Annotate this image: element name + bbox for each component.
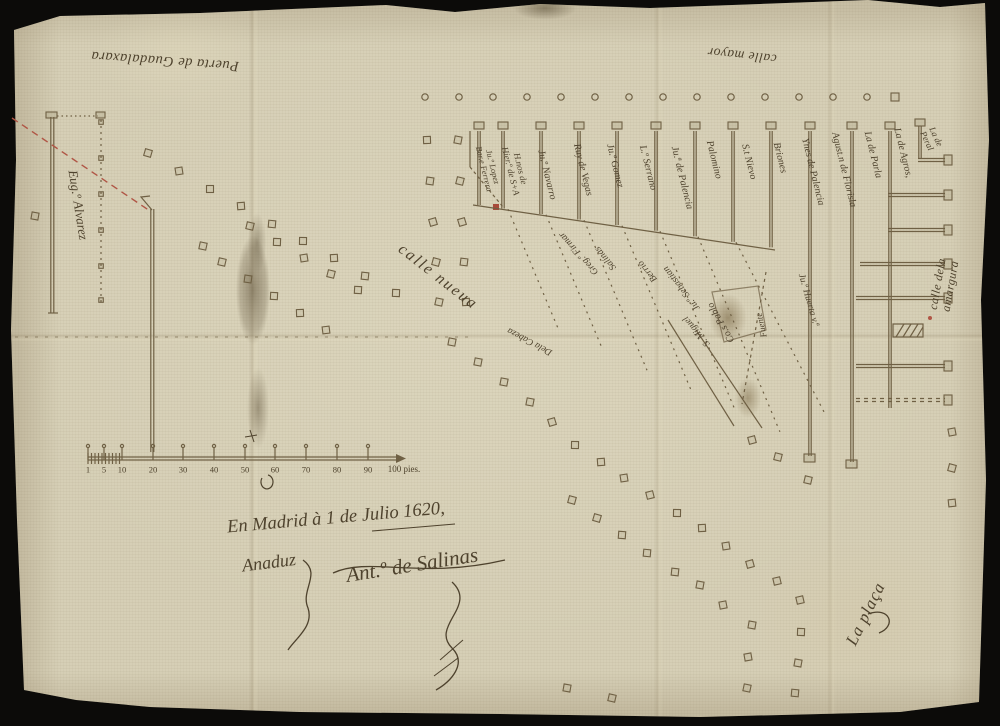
boundary-bead (99, 298, 104, 303)
post-marker-square (698, 524, 705, 531)
post-marker-square (526, 398, 534, 406)
scale-tick-label: 90 (364, 465, 373, 474)
post-marker-square (423, 136, 430, 143)
lot-cap (690, 122, 700, 129)
post-marker-square (246, 222, 254, 230)
lot-cap (728, 122, 738, 129)
post-marker-square (458, 218, 467, 227)
ink-flourishes (245, 430, 889, 690)
post-marker-square (327, 270, 335, 278)
scale-tick-flag (212, 444, 215, 447)
bar-cap (944, 361, 952, 371)
post-circle (558, 94, 564, 100)
post-marker-square (794, 659, 802, 667)
post-marker-square (144, 149, 153, 158)
post-marker-square (454, 136, 462, 144)
post-marker-square (948, 499, 956, 507)
post-marker-square (791, 689, 799, 697)
post-marker-square (237, 202, 244, 209)
post-circle (660, 94, 666, 100)
scale-tick-flag (366, 444, 369, 447)
boundary-bead (99, 264, 104, 269)
post-circle (592, 94, 598, 100)
post-marker-square (796, 596, 804, 604)
post-marker-square (392, 289, 399, 296)
scale-tick-label: 70 (302, 465, 311, 474)
scale-end-label: 100 pies. (388, 465, 421, 475)
post-marker-square (500, 378, 508, 386)
post-marker-square (571, 441, 578, 448)
post-marker-square (207, 186, 214, 193)
post-marker-square (429, 218, 438, 227)
scale-tick-flag (86, 444, 89, 447)
post-marker-square (620, 474, 628, 482)
post-marker-square (299, 237, 306, 244)
map-drawing (0, 0, 1000, 726)
lot-cap (766, 122, 776, 129)
scale-tick-flag (304, 444, 307, 447)
post-marker-square (722, 542, 730, 550)
post-circle (456, 94, 462, 100)
bar-cap (944, 395, 952, 405)
post-circle (830, 94, 836, 100)
scale-tick-label: 60 (271, 465, 280, 474)
post-marker-square (646, 491, 654, 499)
lot-cap (651, 122, 661, 129)
scale-tick-flag (102, 444, 105, 447)
post-marker-square (568, 496, 577, 505)
post-marker-square (671, 568, 679, 576)
scale-tick-label: 20 (149, 465, 158, 474)
strip-dashed-line (622, 226, 691, 391)
post-marker-square (797, 628, 804, 635)
post-marker-square (746, 560, 755, 569)
post-marker-square (354, 286, 361, 293)
lot-cap (536, 122, 546, 129)
scale-arrow (396, 454, 406, 463)
scale-tick-label: 50 (241, 465, 250, 474)
scale-tick-flag (273, 444, 276, 447)
scale-tick-flag (335, 444, 338, 447)
post-marker-square (268, 220, 276, 228)
wall-foot (804, 454, 815, 462)
post-marker-square (696, 581, 704, 589)
post-marker-square (199, 242, 207, 250)
manuscript-map: Puerta de Guadalaxara calle mayor Eug.º … (0, 0, 1000, 726)
post-marker-square (804, 476, 812, 484)
post-marker-square (773, 577, 781, 585)
lot-cap (847, 122, 857, 129)
post-marker-square (175, 167, 183, 175)
left-wall-2 (141, 196, 154, 452)
post-marker-square (748, 621, 756, 629)
scale-tick-label: 1 (86, 465, 90, 474)
lot-cap (612, 122, 622, 129)
scale-tick-flag (243, 444, 246, 447)
post-circle (762, 94, 768, 100)
post-square (891, 93, 899, 101)
post-marker-square (548, 418, 557, 427)
post-marker-square (597, 458, 604, 465)
lot-cap (574, 122, 584, 129)
boundary-bead (99, 120, 104, 125)
post-marker-square (460, 258, 468, 266)
post-marker-square (774, 453, 782, 461)
post-marker-square (456, 177, 464, 185)
post-marker-square (743, 684, 751, 692)
scale-tick-label: 40 (210, 465, 219, 474)
post-marker-square (273, 238, 280, 245)
post-marker-square (593, 514, 602, 523)
post-circle (490, 94, 496, 100)
post-circle (524, 94, 530, 100)
fuente-dashed-line (742, 272, 766, 404)
post-marker-square (748, 436, 757, 445)
post-marker-square (948, 428, 956, 436)
post-marker-square (322, 326, 330, 334)
post-marker-square (744, 653, 752, 661)
post-marker-square (31, 212, 39, 220)
post-marker-square (300, 254, 308, 262)
post-marker-square (474, 358, 482, 366)
scale-tick-flag (181, 444, 184, 447)
wall-foot (846, 460, 857, 468)
scale-tick-label: 80 (333, 465, 342, 474)
post-marker-square (218, 258, 226, 266)
post-marker-square (361, 272, 369, 280)
lot-cap (498, 122, 508, 129)
post-marker-square (643, 549, 651, 557)
solid-strip (668, 320, 762, 428)
post-marker-square (618, 531, 625, 538)
lot-cap (474, 122, 484, 129)
post-marker-square (296, 309, 303, 316)
post-marker-square (435, 298, 443, 306)
strip-dashed-line (546, 215, 603, 350)
lot-cap (915, 119, 925, 126)
post-marker-square (448, 338, 456, 346)
scale-tick-label: 5 (102, 465, 106, 474)
bar-cap (944, 190, 952, 200)
post-circle (796, 94, 802, 100)
post-circle (422, 94, 428, 100)
boundary-bead (99, 192, 104, 197)
post-circle (728, 94, 734, 100)
post-circle (694, 94, 700, 100)
hatched-parcel (893, 324, 923, 337)
bar-cap (944, 155, 952, 165)
post-marker-square (426, 177, 434, 185)
post-marker-square (719, 601, 727, 609)
post-marker-square (608, 694, 616, 702)
boundary-bead (99, 156, 104, 161)
post-marker-square (673, 509, 680, 516)
scale-tick-flag (120, 444, 123, 447)
post-marker-square (563, 684, 571, 692)
scale-tick-flag (151, 444, 154, 447)
lot-baseline (473, 205, 775, 250)
post-marker-square (948, 464, 957, 473)
post-marker-square (330, 254, 337, 261)
post-marker-square (270, 292, 277, 299)
post-circle (864, 94, 870, 100)
scale-tick-label: 10 (118, 465, 127, 474)
boundary-bead (99, 228, 104, 233)
left-wall (46, 112, 58, 313)
post-marker-square (244, 275, 252, 283)
lot-cap (805, 122, 815, 129)
bar-cap (944, 225, 952, 235)
strip-dashed-line (584, 220, 647, 370)
scale-tick-label: 30 (179, 465, 188, 474)
strip-dashed-line (508, 209, 558, 329)
post-circle (626, 94, 632, 100)
